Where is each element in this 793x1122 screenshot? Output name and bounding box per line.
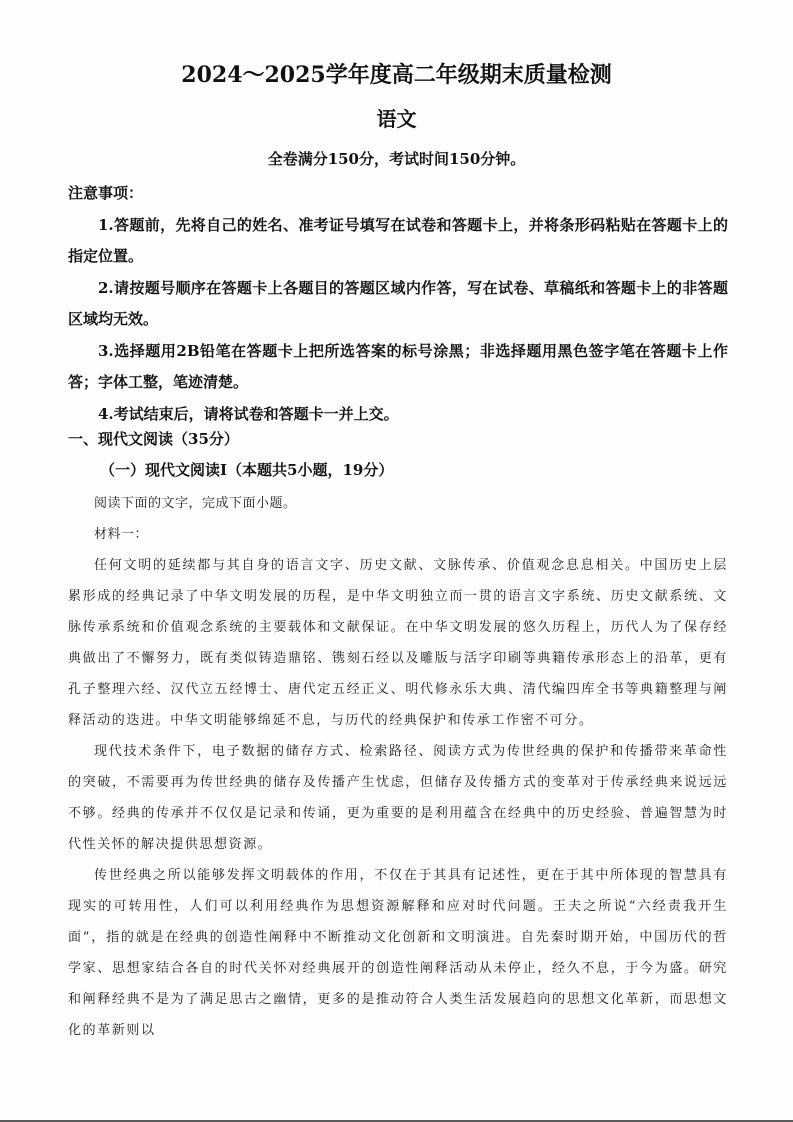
score-and-time-line: 全卷满分150分，考试时间150分钟。 — [0, 148, 793, 170]
note-item-1: 1.答题前，先将自己的姓名、准考证号填写在试卷和答题卡上，并将条形码粘贴在答题卡… — [68, 210, 728, 273]
exam-title: 2024～2025学年度高二年级期末质量检测 — [0, 60, 793, 90]
passage-paragraph-2: 现代技术条件下，电子数据的储存方式、检索路径、阅读方式为传世经典的保护和传播带来… — [68, 736, 728, 860]
reading-passage: 阅读下面的文字，完成下面小题。 材料一： 任何文明的延续都与其自身的语言文字、历… — [68, 488, 728, 1046]
note-item-2: 2.请按题号顺序在答题卡上各题目的答题区域内作答，写在试卷、草稿纸和答题卡上的非… — [68, 273, 728, 336]
notes-heading: 注意事项： — [68, 178, 728, 210]
subsection-heading: （一）现代文阅读Ⅰ（本题共5小题，19分） — [100, 458, 393, 482]
subject-title: 语文 — [0, 105, 793, 133]
note-item-3: 3.选择题用2B铅笔在答题卡上把所选答案的标号涂黑；非选择题用黑色签字笔在答题卡… — [68, 336, 728, 399]
reading-instruction: 阅读下面的文字，完成下面小题。 — [68, 488, 728, 519]
passage-paragraph-3: 传世经典之所以能够发挥文明载体的作用，不仅在于其具有记述性，更在于其中所体现的智… — [68, 860, 728, 1046]
section-heading: 一、现代文阅读（35分） — [68, 427, 239, 451]
material-label: 材料一： — [68, 519, 728, 550]
exam-notes: 注意事项： 1.答题前，先将自己的姓名、准考证号填写在试卷和答题卡上，并将条形码… — [68, 178, 728, 430]
passage-paragraph-1: 任何文明的延续都与其自身的语言文字、历史文献、文脉传承、价值观念息息相关。中国历… — [68, 550, 728, 736]
note-item-4: 4.考试结束后，请将试卷和答题卡一并上交。 — [68, 399, 728, 431]
exam-page: 2024～2025学年度高二年级期末质量检测 语文 全卷满分150分，考试时间1… — [0, 0, 793, 1120]
